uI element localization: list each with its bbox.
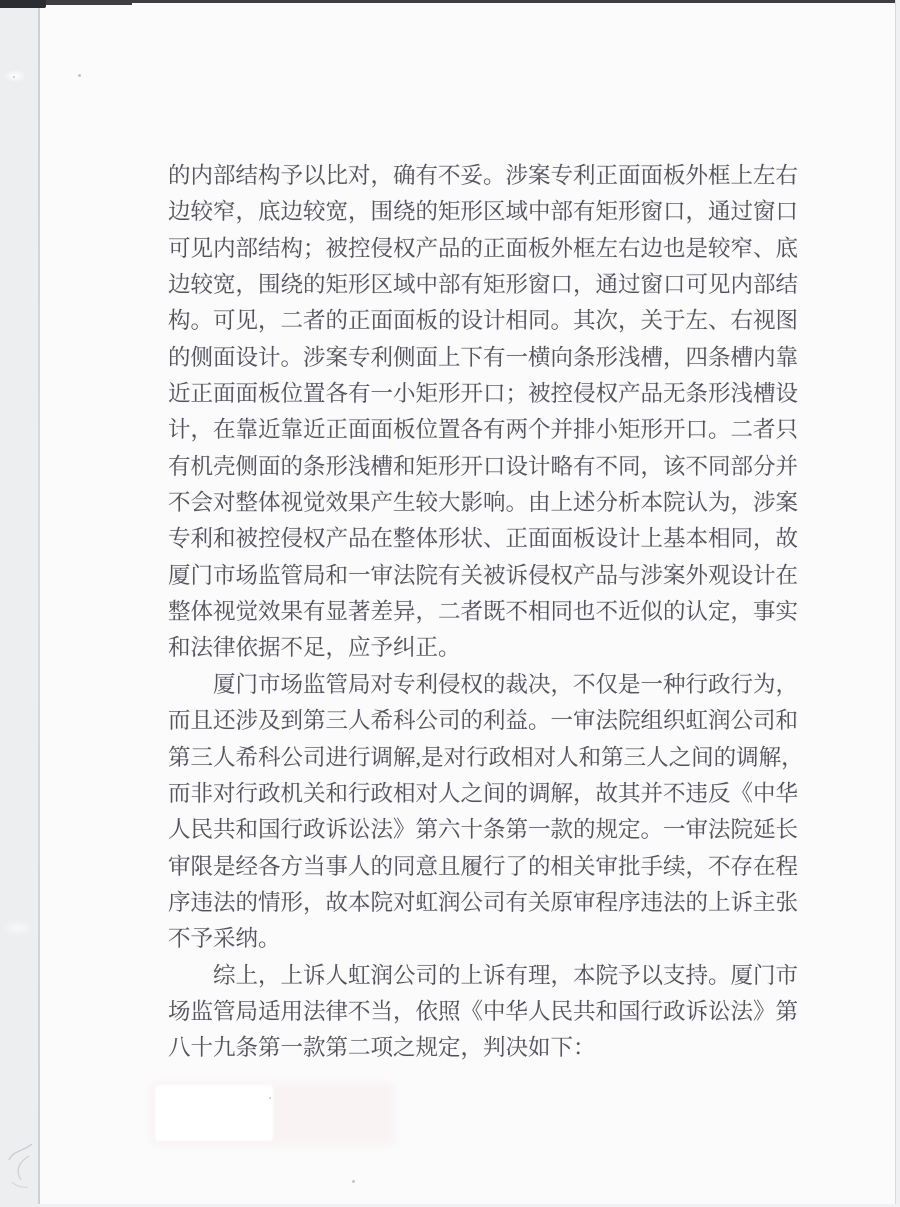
text-line: 边较窄，底边较宽，围绕的矩形区域中部有矩形窗口，通过窗口: [168, 194, 828, 230]
text-line: 的侧面设计。涉案专利侧面上下有一横向条形浅槽，四条槽内靠: [168, 340, 828, 376]
text-line: 八十九条第一款第二项之规定，判决如下：: [168, 1030, 828, 1066]
text-line: 场监管局适用法律不当，依照《中华人民共和国行政诉讼法》第: [168, 994, 828, 1030]
text-line: 序违法的情形，故本院对虹润公司有关原审程序违法的上诉主张: [168, 885, 828, 921]
page-right-edge: [895, 0, 900, 1207]
scan-speck: [269, 1097, 271, 1099]
scan-speck: [352, 1180, 355, 1183]
judgment-body-text: 的内部结构予以比对，确有不妥。涉案专利正面面板外框上左右 边较窄，底边较宽，围绕…: [168, 158, 828, 1067]
text-line: 专利和被控侵权产品在整体形状、正面面板设计上基本相同，故: [168, 521, 828, 557]
scanner-margin-left: [0, 0, 38, 1207]
text-line: 的内部结构予以比对，确有不妥。涉案专利正面面板外框上左右: [168, 158, 828, 194]
text-line: 而非对行政机关和行政相对人之间的调解，故其并不违反《中华: [168, 776, 828, 812]
text-line: 有机壳侧面的条形浅槽和矩形开口设计略有不同，该不同部分并: [168, 449, 828, 485]
text-line: 可见内部结构；被控侵权产品的正面板外框左右边也是较窄、底: [168, 231, 828, 267]
scanned-document-page: 的内部结构予以比对，确有不妥。涉案专利正面面板外框上左右 边较窄，底边较宽，围绕…: [0, 0, 900, 1207]
scan-speck: [78, 74, 81, 77]
text-line: 和法律依据不足，应予纠正。: [168, 630, 828, 666]
pencil-scribble-icon: [2, 1138, 46, 1194]
text-line: 边较宽，围绕的矩形区域中部有矩形窗口，通过窗口可见内部结: [168, 267, 828, 303]
text-line: 第三人希科公司进行调解,是对行政相对人和第三人之间的调解，: [168, 740, 828, 776]
text-line: 综上，上诉人虹润公司的上诉有理，本院予以支持。厦门市: [168, 958, 828, 994]
text-line: 近正面面板位置各有一小矩形开口；被控侵权产品无条形浅槽设: [168, 376, 828, 412]
text-line: 构。可见，二者的正面面板的设计相同。其次，关于左、右视图: [168, 303, 828, 339]
text-line: 不予采纳。: [168, 921, 828, 957]
text-line: 整体视觉效果有显著差异，二者既不相同也不近似的认定，事实: [168, 594, 828, 630]
text-line: 人民共和国行政诉讼法》第六十条第一款的规定。一审法院延长: [168, 812, 828, 848]
erasure-mark-core: [155, 1085, 273, 1141]
text-line: 而且还涉及到第三人希科公司的利益。一审法院组织虹润公司和: [168, 703, 828, 739]
text-line: 审限是经各方当事人的同意且履行了的相关审批手续，不存在程: [168, 849, 828, 885]
text-line: 计，在靠近靠近正面面板位置各有两个并排小矩形开口。二者只: [168, 412, 828, 448]
scanner-edge-top-corner: [0, 0, 46, 8]
page-left-edge: [38, 0, 40, 1207]
text-line: 不会对整体视觉效果产生较大影响。由上述分析本院认为，涉案: [168, 485, 828, 521]
text-line: 厦门市场监管局对专利侵权的裁决，不仅是一种行政行为，: [168, 667, 828, 703]
scan-speck: [13, 76, 15, 78]
scanner-edge-top: [0, 0, 900, 3]
text-line: 厦门市场监管局和一审法院有关被诉侵权产品与涉案外观设计在: [168, 558, 828, 594]
